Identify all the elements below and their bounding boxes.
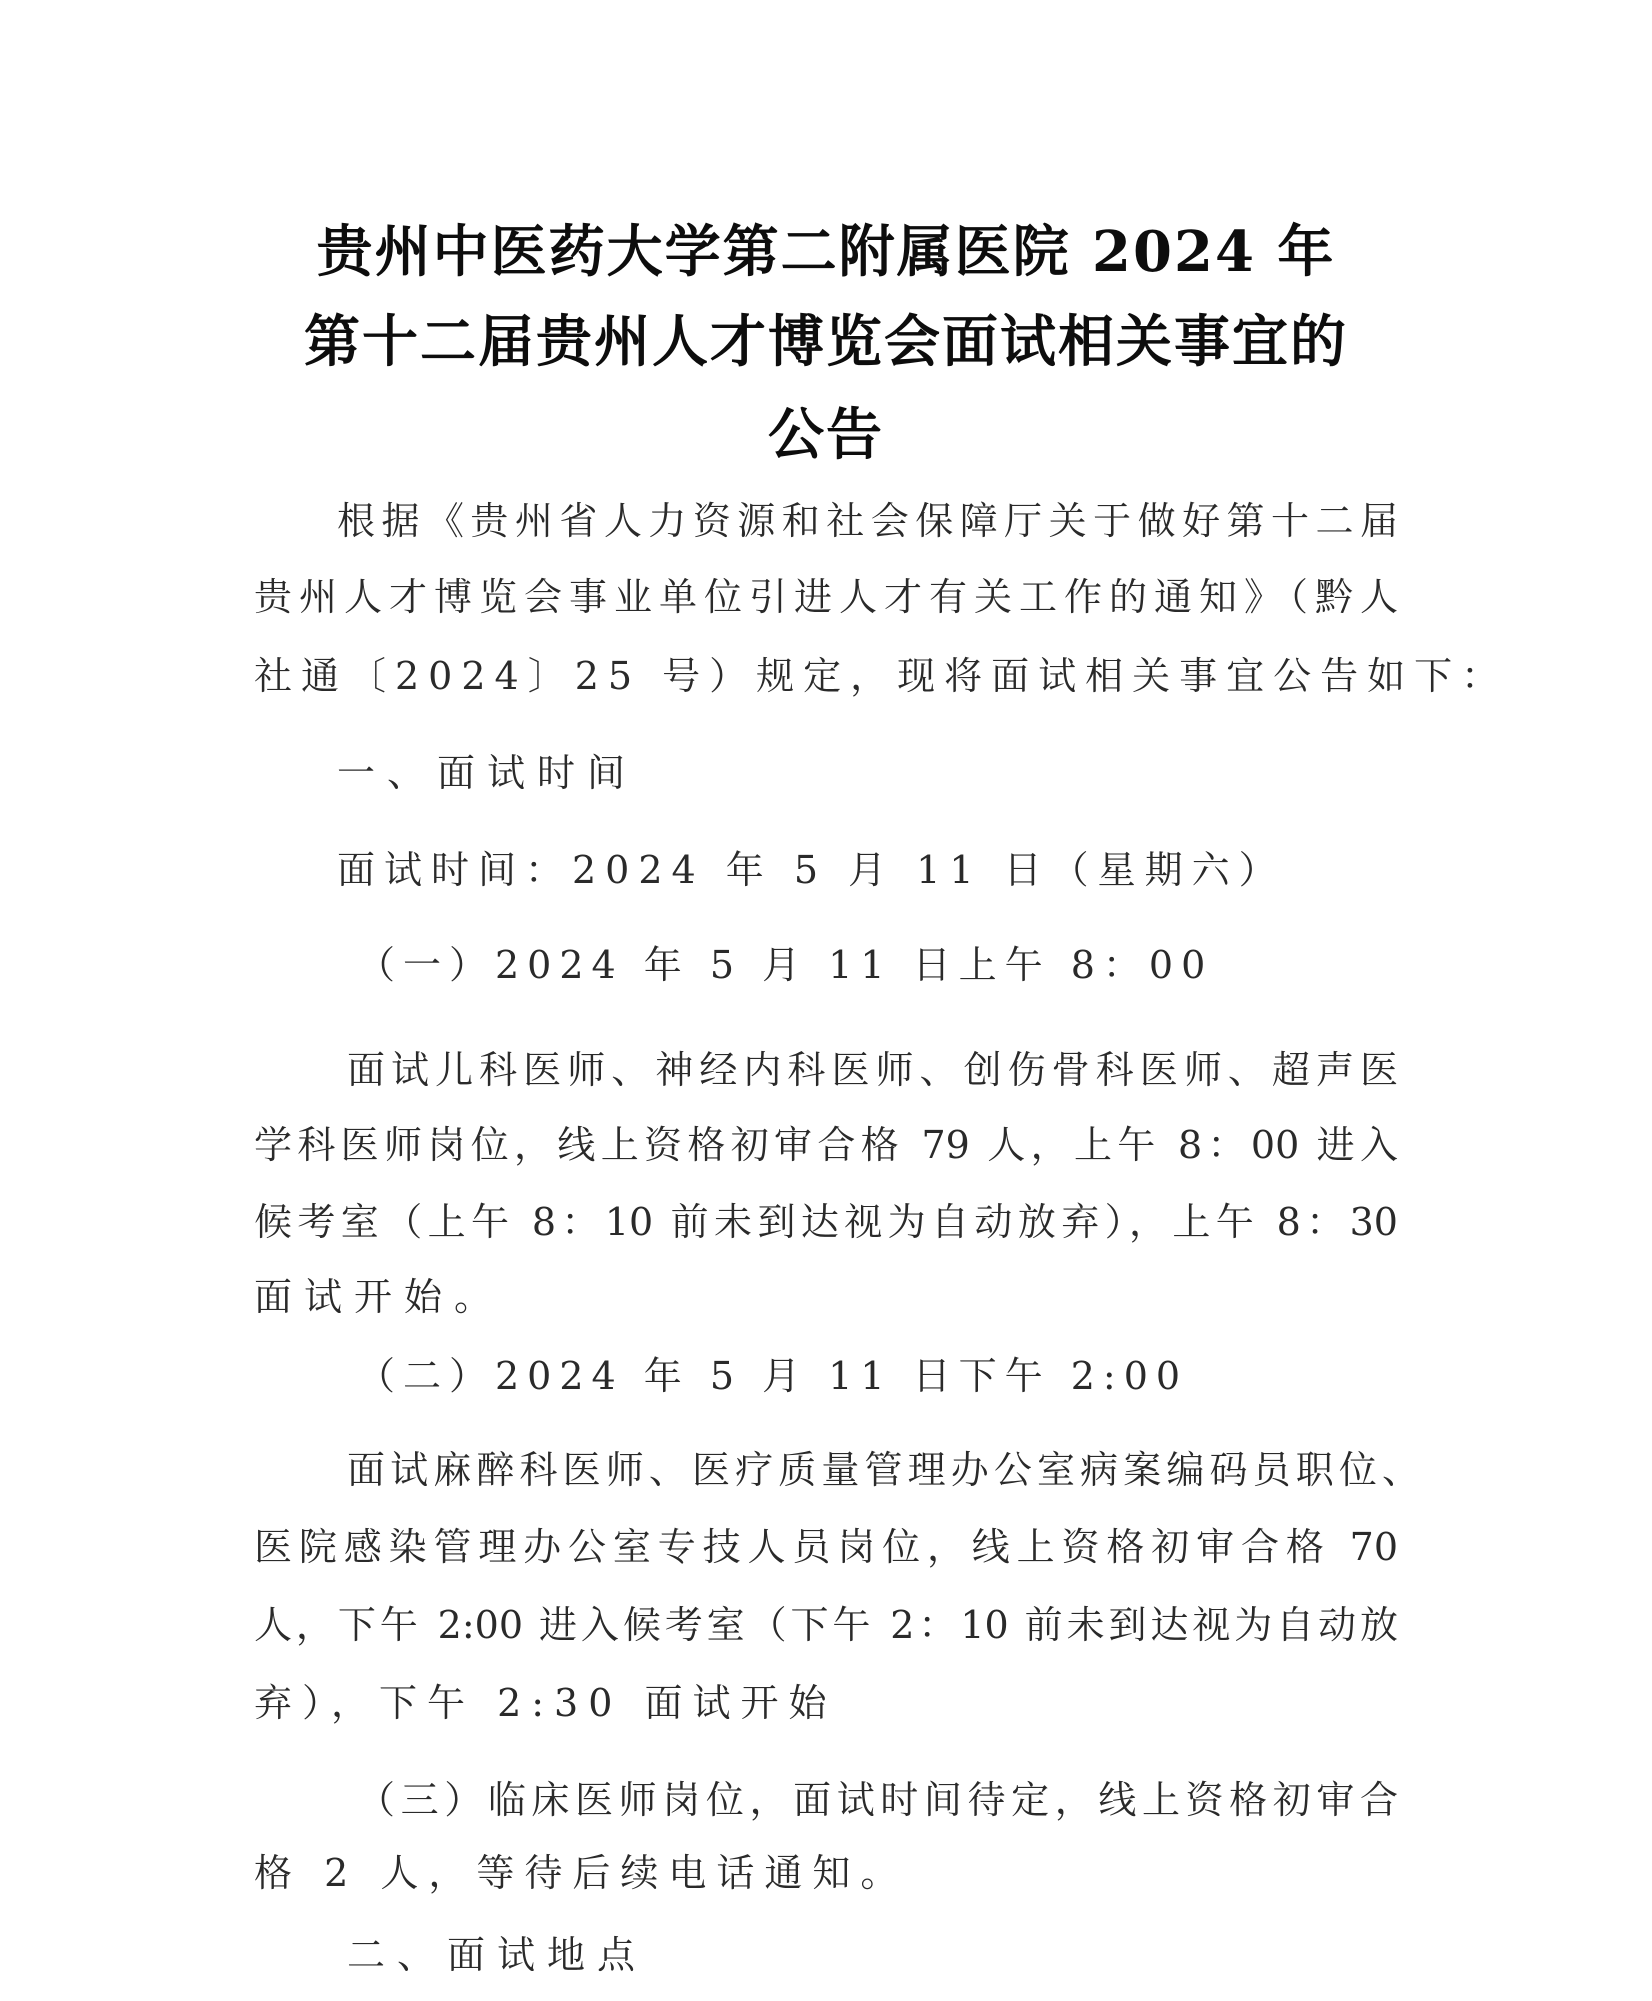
sub1-line-1: 面试儿科医师、神经内科医师、创伤骨科医师、超声医 [347,1044,1398,1096]
sub2-line-2: 医院感染管理办公室专技人员岗位，线上资格初审合格 70 [254,1521,1398,1573]
sub1-line-3: 候考室（上午 8：10 前未到达视为自动放弃），上午 8：30 [254,1196,1398,1248]
document-page: 贵州中医药大学第二附属医院 2024 年 第十二届贵州人才博览会面试相关事宜的 … [0,0,1652,2001]
sub2-line-1: 面试麻醉科医师、医疗质量管理办公室病案编码员职位、 [347,1444,1420,1496]
intro-line-2: 贵州人才博览会事业单位引进人才有关工作的通知》（黔人 [254,571,1398,623]
sub2-line-3: 人，下午 2:00 进入候考室（下午 2：10 前未到达视为自动放 [254,1599,1398,1651]
sub3-line-2: 格 2 人，等待后续电话通知。 [254,1847,908,1899]
sub3-line-1: （三）临床医师岗位，面试时间待定，线上资格初审合 [357,1774,1398,1826]
interview-date-line: 面试时间：2024 年 5 月 11 日（星期六） [337,844,1286,896]
sub2-heading: （二）2024 年 5 月 11 日下午 2:00 [357,1350,1188,1402]
title-line-1: 贵州中医药大学第二附属医院 2024 年 [0,217,1652,287]
sub2-line-4: 弃），下午 2:30 面试开始 [254,1677,837,1729]
sub1-heading: （一）2024 年 5 月 11 日上午 8：00 [357,939,1213,991]
intro-line-1: 根据《贵州省人力资源和社会保障厅关于做好第十二届 [337,495,1398,547]
title-line-3: 公告 [0,400,1652,470]
title-line-2: 第十二届贵州人才博览会面试相关事宜的 [0,307,1652,377]
sub1-line-2: 学科医师岗位，线上资格初审合格 79 人，上午 8：00 进入 [254,1119,1398,1171]
section1-heading: 一、面试时间 [337,747,637,799]
section2-heading: 二、面试地点 [347,1929,647,1981]
sub1-line-4: 面试开始。 [254,1271,504,1323]
intro-line-3: 社通〔2024〕25 号）规定，现将面试相关事宜公告如下： [254,650,1508,702]
